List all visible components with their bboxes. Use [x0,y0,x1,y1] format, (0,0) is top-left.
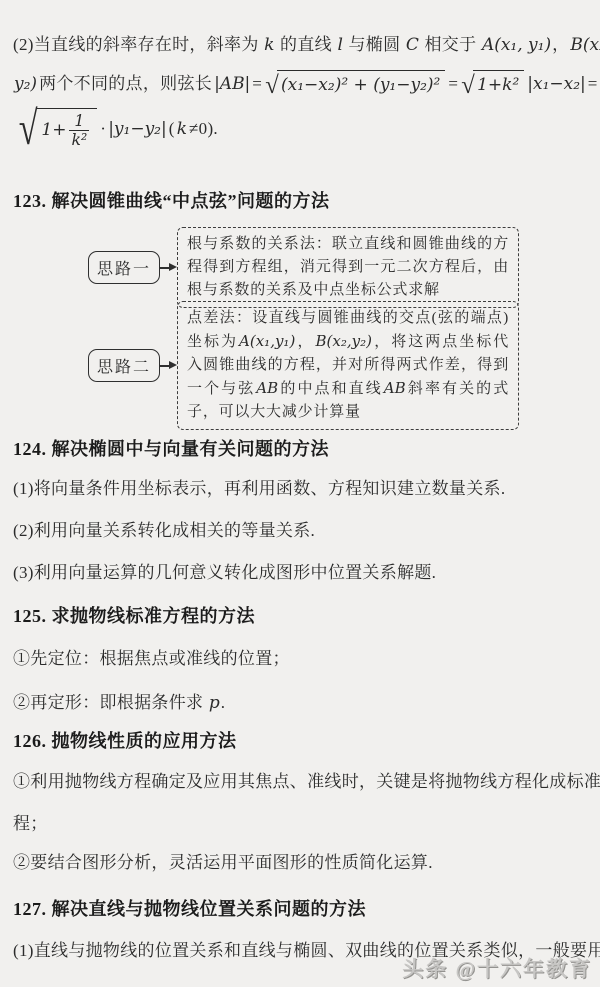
math-fragment: A(x₁, y₁) [481,35,552,55]
approach-1-description-box: 根与系数的关系法：联立直线和圆锥曲线的方程得到方程组，消元得到一元二次方程后，由… [177,227,519,308]
radicand: (x₁−x₂)² + (y₁−y₂)² [277,70,445,97]
math-fragment: 1+k² [476,73,520,97]
math-fragment: A(x₁,y₁) [238,332,296,350]
math-fragment: B(x₂, [569,35,600,55]
math-fragment: k [263,35,275,55]
text-fragment: = [252,72,262,96]
sqrt-radical: √(x₁−x₂)² + (y₁−y₂)² [265,70,445,97]
section-124-item-1: (1)将向量条件用坐标表示，再利用函数、方程知识建立数量关系. [13,477,505,501]
document-page: (2)当直线的斜率存在时，斜率为 k 的直线 l 与椭圆 C 相交于 A(x₁,… [0,0,600,987]
section-125-item-2: ②再定形：即根据条件求 p. [13,691,225,715]
math-fragment: l [336,35,343,55]
math-fragment: p [208,693,221,713]
section-124-heading: 124. 解决椭圆中与向量有关问题的方法 [13,437,329,461]
right-arrow-icon [160,365,170,367]
math-fragment: 1+ [40,118,67,142]
text-fragment: ②再定形：即根据条件求 [13,693,208,712]
approach-2-description-box: 点差法：设直线与圆锥曲线的交点(弦的端点)坐标为A(x₁,y₁)，B(x₂,y₂… [177,301,519,430]
text-fragment: · [100,117,106,141]
math-fragment: (x₁−x₂)² + (y₁−y₂)² [280,73,441,97]
flow-row-approach-1: 思路一 根与系数的关系法：联立直线和圆锥曲线的方程得到方程组，消元得到一元二次方… [88,227,519,308]
text-fragment: = [448,72,458,96]
text-fragment: 的直线 [275,35,336,54]
section-126-item-1-line-1: ①利用抛物线方程确定及应用其焦点、准线时，关键是将抛物线方程化成标准方 [13,770,600,794]
text-fragment: (2)当直线的斜率存在时，斜率为 [13,35,263,54]
text-fragment: ≠0). [189,117,218,141]
approach-1-node: 思路一 [88,251,160,284]
radical-sign-icon: √ [19,108,38,151]
fraction: 1k² [69,112,89,149]
section-126-item-1-line-2: 程； [13,812,48,836]
section-127-heading: 127. 解决直线与抛物线位置关系问题的方法 [13,897,366,921]
text-fragment: 相交于 [420,35,481,54]
math-fragment: B(x₂,y₂) [315,332,373,350]
section-125-item-1: ①先定位：根据焦点或准线的位置； [13,647,290,671]
math-fragment: AB [255,379,279,397]
section-123-heading: 123. 解决圆锥曲线“中点弦”问题的方法 [13,189,330,213]
text-fragment: = [588,72,598,96]
math-fragment: |y₁−y₂| [107,117,168,141]
math-fragment: y₂) [13,72,38,96]
text-fragment: ( [169,117,175,141]
math-fragment: AB [383,379,407,397]
math-fragment: C [405,35,420,55]
text-fragment: . [221,693,226,712]
fraction-numerator: 1 [72,112,86,130]
text-fragment: 两个不同的点，则弦长 [39,72,212,96]
sqrt-radical: √1+k² [461,70,524,97]
math-fragment: k [176,117,188,141]
para-122-line1: (2)当直线的斜率存在时，斜率为 k 的直线 l 与椭圆 C 相交于 A(x₁,… [13,33,600,57]
para-122-line3-chord-formula: √1+1k² · |y₁−y₂| (k≠0). [13,108,219,151]
text-fragment: 的中点和直线 [279,381,383,397]
section-126-item-2: ②要结合图形分析，灵活运用平面图形的性质简化运算. [13,851,433,875]
sqrt-radical: √1+1k² [15,108,97,151]
section-124-item-3: (3)利用向量运算的几何意义转化成图形中位置关系解题. [13,561,436,585]
radicand: 1+k² [473,70,524,97]
flow-row-approach-2: 思路二 点差法：设直线与圆锥曲线的交点(弦的端点)坐标为A(x₁,y₁)，B(x… [88,301,519,430]
watermark-text: 头条 @十六年教育 [402,953,592,983]
approach-2-node: 思路二 [88,349,160,382]
text-fragment: 与椭圆 [344,35,405,54]
para-122-line2-chord-formula: y₂)两个不同的点，则弦长|AB|=√(x₁−x₂)² + (y₁−y₂)²=√… [13,70,599,97]
text-fragment: ， [296,334,314,350]
scanned-notes-page: { "page": { "background": "#f1f0ee", "te… [0,0,600,987]
math-fragment: |AB| [213,72,251,96]
section-125-heading: 125. 求抛物线标准方程的方法 [13,604,255,628]
section-124-item-2: (2)利用向量关系转化成相关的等量关系. [13,519,315,543]
text-fragment: ， [552,35,569,54]
section-126-heading: 126. 抛物线性质的应用方法 [13,729,237,753]
math-fragment: |x₁−x₂| [526,72,587,96]
right-arrow-icon [160,267,170,269]
fraction-denominator: k² [69,130,89,149]
radicand: 1+1k² [36,108,97,151]
